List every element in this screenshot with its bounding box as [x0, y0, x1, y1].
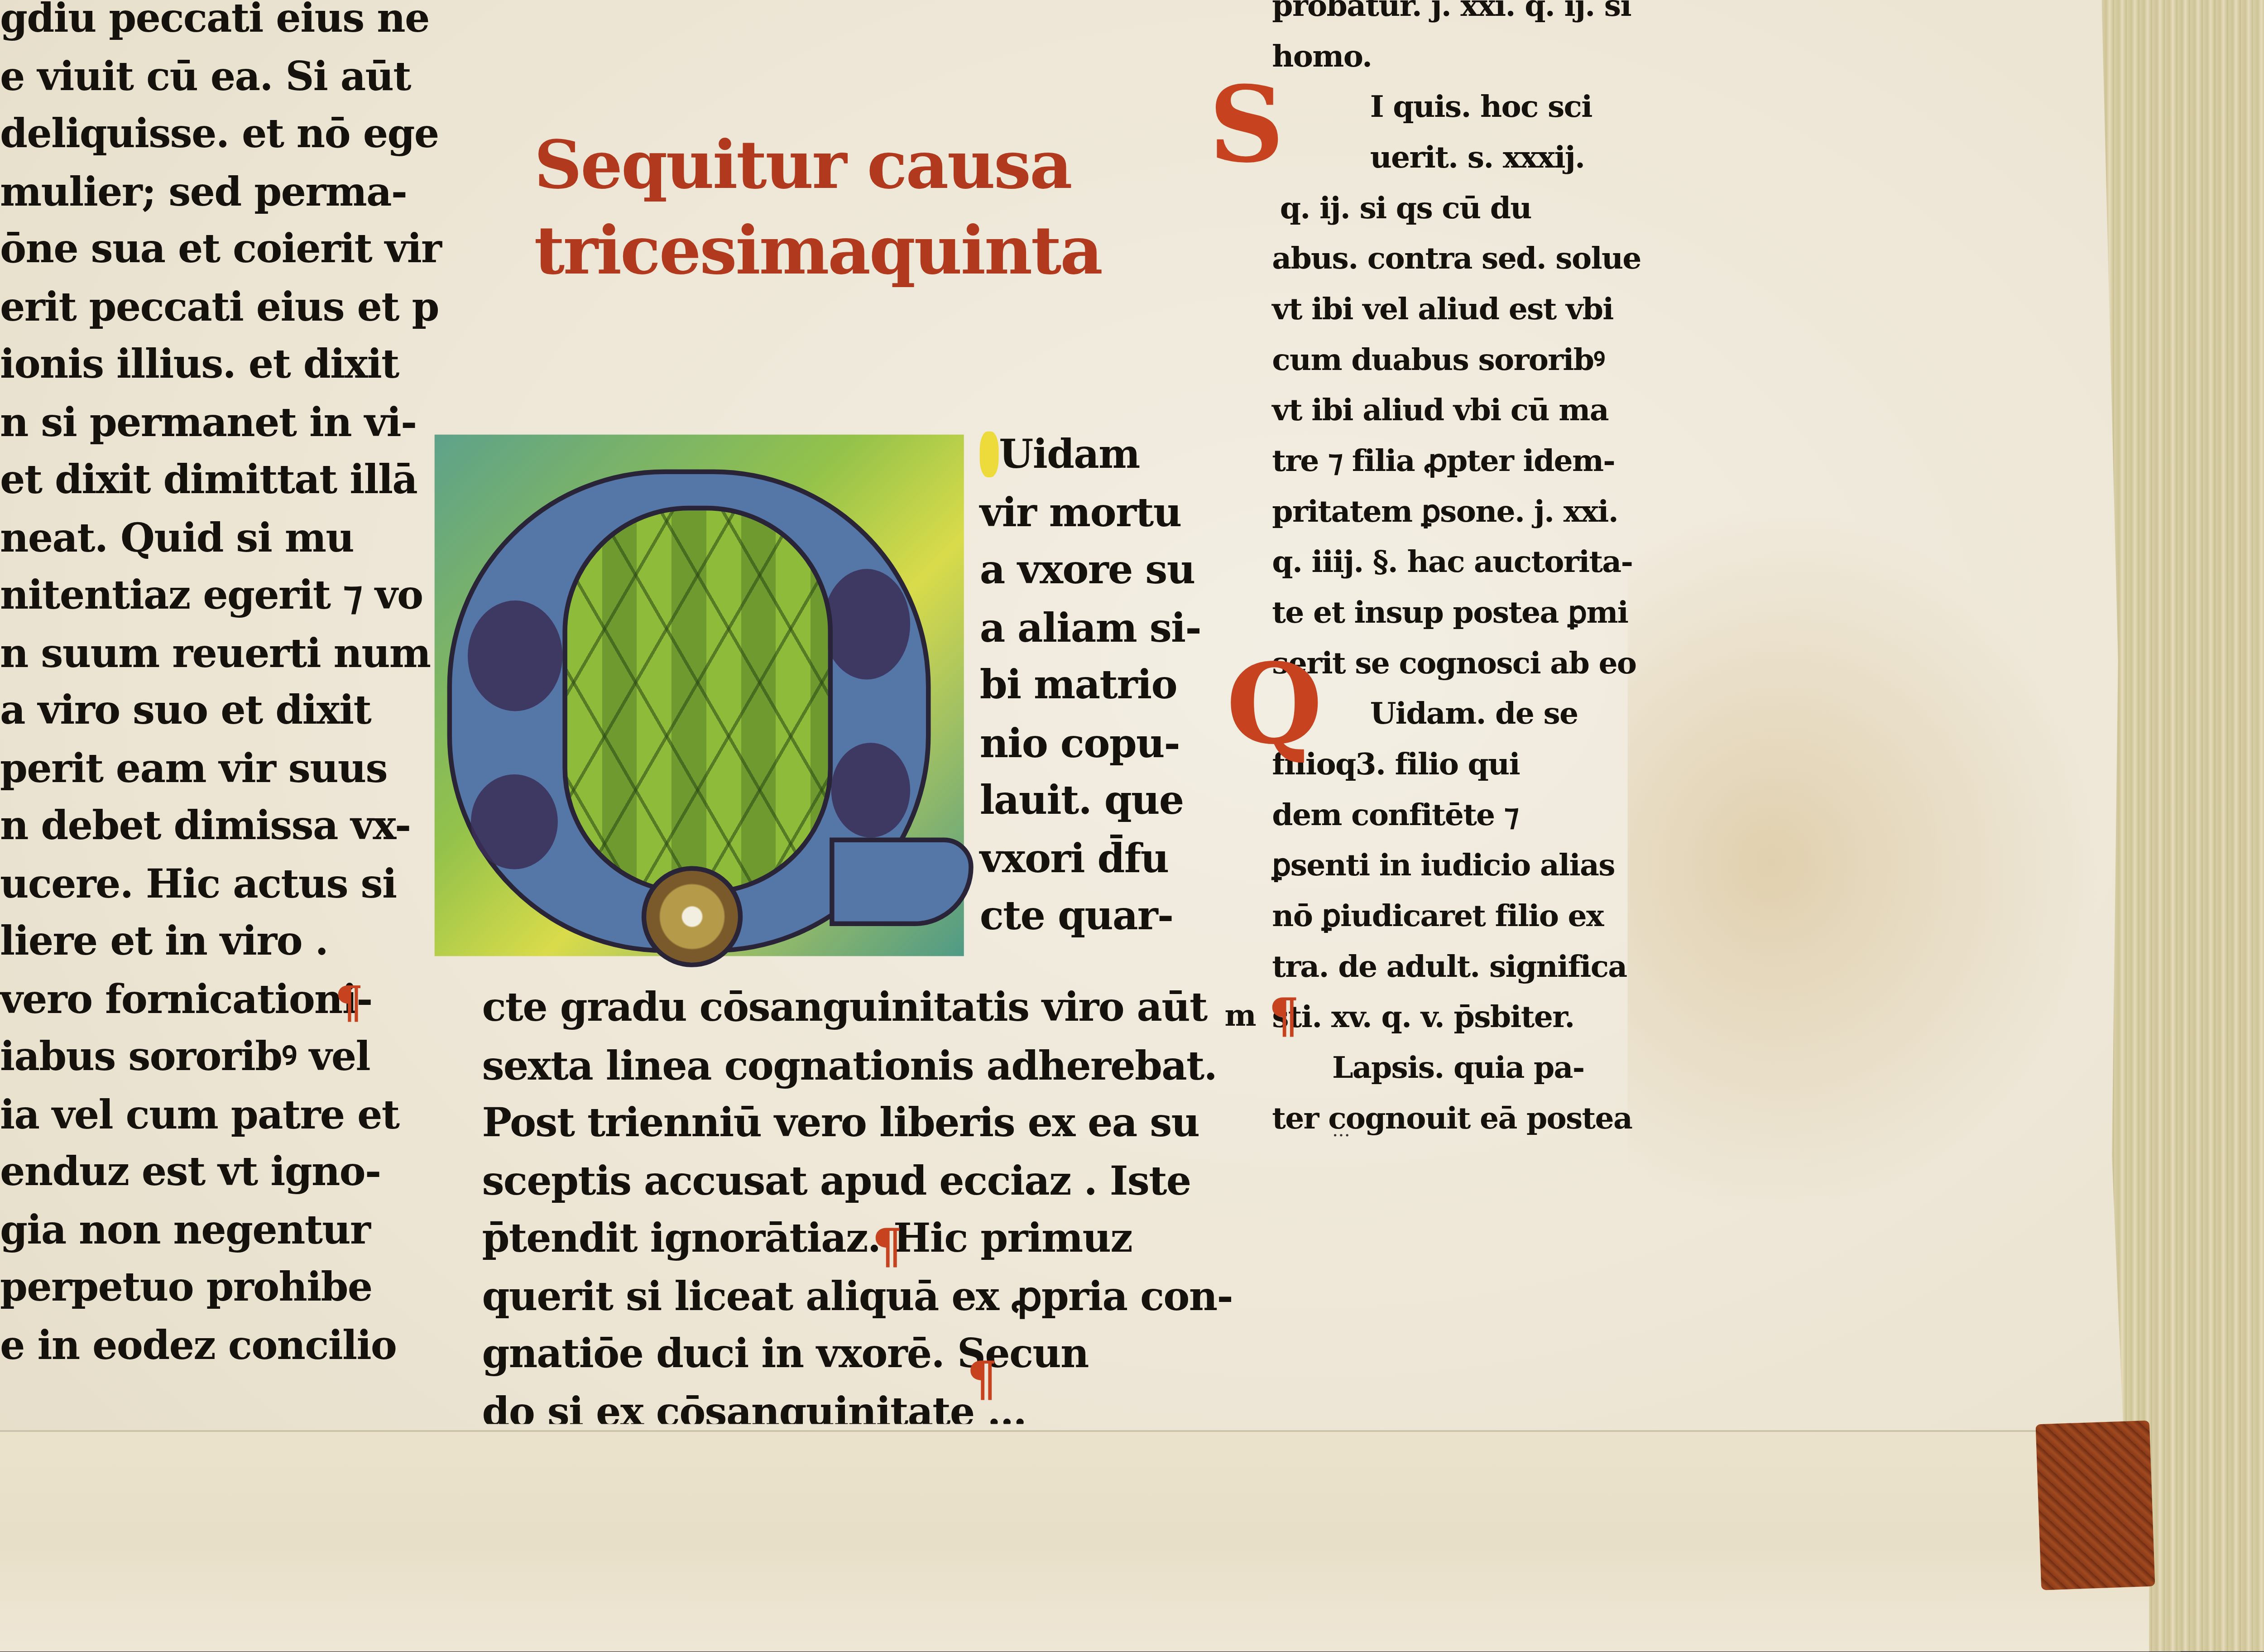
text-line: enduz est vt igno-	[0, 1144, 411, 1202]
text-line: et dixit dimittat illā	[0, 452, 411, 509]
middle-narrow-column: Uidam vir mortu a vxore su a aliam si- b…	[980, 427, 1201, 946]
text-line: sti. xv. q. v. p̄sbiter.	[1272, 993, 1651, 1043]
text-line: n suum reuerti num	[0, 625, 411, 682]
text-line: nio copu-	[980, 715, 1201, 773]
text-line: bi matrio	[980, 658, 1201, 715]
text-line: erit peccati eius et p	[0, 279, 411, 336]
text-line: ucere. Hic actus si	[0, 856, 411, 913]
text-line: gdiu peccati eius ne	[0, 0, 411, 48]
text-line: ia vel cum patre et	[0, 1086, 411, 1144]
water-stain	[1627, 506, 2101, 1217]
text-line: lauit. que	[980, 773, 1201, 831]
text-line: gia non negentur	[0, 1202, 411, 1259]
text-line: ter cognouit eā postea	[1272, 1094, 1651, 1144]
text-line: Uidam. de se	[1272, 689, 1651, 740]
leather-tab	[2036, 1421, 2155, 1590]
acanthus-leaf-icon	[823, 569, 910, 679]
text-line: q. iiij. §. hac auctorita-	[1272, 538, 1651, 588]
text-line: a viro suo et dixit	[0, 683, 411, 740]
text-line: vt ibi vel aliud est vbi	[1272, 284, 1651, 335]
text-line: sceptis accusat apud ecciaz . Iste	[482, 1153, 1233, 1210]
text-line: ōne sua et coierit vir	[0, 221, 411, 279]
text-line: ionis illius. et dixit	[0, 336, 411, 394]
text-line: tre ⁊ filia ꝓpter idem-	[1272, 436, 1651, 487]
text-line: homo.	[1272, 32, 1651, 82]
text-line: n debet dimissa vx-	[0, 798, 411, 855]
gold-rosette-icon	[642, 866, 743, 967]
text-line: e viuit cū ea. Si aūt	[0, 48, 411, 106]
text-line: p̄tendit ignorātiaz. Hic primuz	[482, 1210, 1233, 1268]
text-line: mulier; sed perma-	[0, 163, 411, 221]
middle-full-column: cte gradu cōsanguinitatis viro aūt sexta…	[482, 980, 1233, 1441]
text-line: ꝑsenti in iudicio alias	[1272, 841, 1651, 892]
heading-line-1: Sequitur causa	[534, 123, 1102, 208]
rubricated-initial-q: Q	[1226, 639, 1323, 770]
text-line: neat. Quid si mu	[0, 509, 411, 567]
text-line: cte gradu cōsanguinitatis viro aūt	[482, 980, 1233, 1037]
highlighted-capital	[980, 432, 999, 477]
text-line: pritatem ꝑsone. j. xxi.	[1272, 487, 1651, 538]
acanthus-leaf-icon	[831, 743, 910, 837]
text-line: serit se cognosci ab eo	[1272, 639, 1651, 689]
text-line: a vxore su	[980, 542, 1201, 600]
text-line: q. ij. si qs cū du	[1272, 183, 1651, 234]
chapter-heading: Sequitur causa tricesimaquinta	[534, 123, 1102, 294]
lower-page-leaf	[0, 1430, 2149, 1652]
text-line: vir mortu	[980, 485, 1201, 542]
acanthus-leaf-icon	[471, 774, 558, 869]
acanthus-leaf-icon	[468, 600, 562, 711]
diaper-pattern-field	[562, 506, 833, 894]
text-line: deliquisse. et nō ege	[0, 106, 411, 163]
rubric-paragraph-mark: ¶	[967, 1353, 998, 1408]
text-line: abus. contra sed. solue	[1272, 234, 1651, 284]
right-gloss-column: probatur. j. xxi. q. ij. si homo. I quis…	[1272, 0, 1651, 1144]
page-fore-edge	[2101, 0, 2264, 1652]
rubric-paragraph-mark: ¶	[335, 977, 363, 1029]
text-line: vt ibi aliud vbi cū ma	[1272, 386, 1651, 437]
rubric-paragraph-mark: ¶	[1269, 989, 1299, 1045]
rubric-paragraph-mark: ¶	[872, 1220, 902, 1275]
text-line: cte quar-	[980, 888, 1201, 946]
marginal-letter: m	[1225, 999, 1257, 1034]
text-line: sexta linea cognationis adherebat.	[482, 1037, 1233, 1095]
text-line: vxori d̄fu	[980, 831, 1201, 888]
text-line: filioq3. filio qui	[1272, 740, 1651, 790]
text-line: cum duabus sororibꝰ	[1272, 335, 1651, 386]
catchword-mark: ...	[1332, 1119, 1350, 1141]
text-line: tra. de adult. significa	[1272, 942, 1651, 993]
text-line: probatur. j. xxi. q. ij. si	[1272, 0, 1651, 32]
text-line: nitentiaz egerit ⁊ vo	[0, 567, 411, 625]
text-line: Lapsis. quia pa-	[1272, 1043, 1651, 1094]
text-line: Uidam	[980, 427, 1201, 484]
text-line-cut: do si ex cōsanguinitate ...	[482, 1383, 1233, 1441]
text-line: querit si liceat aliquā ex ꝓpria con-	[482, 1268, 1233, 1326]
text-line: perpetuo prohibe	[0, 1259, 411, 1317]
book-photo: gdiu peccati eius ne e viuit cū ea. Si a…	[0, 0, 2264, 1652]
left-text-column: gdiu peccati eius ne e viuit cū ea. Si a…	[0, 0, 411, 1375]
text-line: gnatiōe duci in vxorē. Secun	[482, 1326, 1233, 1383]
text-line: n si permanet in vi-	[0, 394, 411, 452]
heading-line-2: tricesimaquinta	[534, 209, 1102, 294]
rubricated-initial-s: S	[1209, 63, 1284, 187]
text-line: e in eodez concilio	[0, 1317, 411, 1375]
text-line: a aliam si-	[980, 600, 1201, 657]
text-line: I quis. hoc sci	[1272, 82, 1651, 133]
text-line: perit eam vir suus	[0, 740, 411, 798]
text-line: uerit. s. xxxij.	[1272, 133, 1651, 183]
text-line: nō ꝑiudicaret filio ex	[1272, 891, 1651, 942]
text-line: Post trienniū vero liberis ex ea su	[482, 1095, 1233, 1153]
text-line: te et insup postea ꝑmi	[1272, 588, 1651, 639]
text-line: liere et in viro .	[0, 913, 411, 971]
text-line: iabus sororibꝰ vel	[0, 1029, 411, 1086]
illuminated-initial-q	[435, 435, 964, 956]
text-line: dem confitēte ⁊	[1272, 790, 1651, 841]
